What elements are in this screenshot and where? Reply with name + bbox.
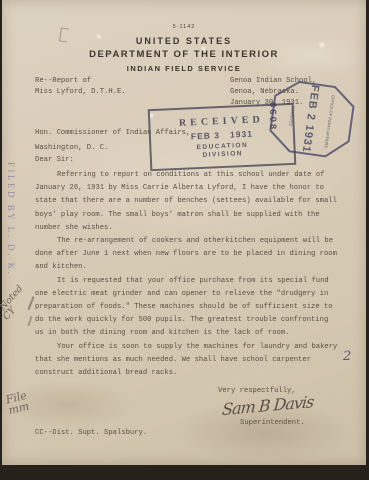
recipient-line-2: Washington, D. C. [35,141,190,156]
body-paragraph-2: The re-arrangement of cookers and otherk… [35,235,341,275]
file-annotation-initials: mm [7,400,30,416]
body-paragraph-3: It is requested that your office purchas… [35,275,341,341]
octagon-stamp-date: FEB 2 1931 [300,84,321,154]
reference-line-1: Re--Report of [35,76,126,87]
recipient-line-1: Hon. Commissioner of Indian Affairs, [35,126,190,141]
form-number: 5-1142 [2,24,366,30]
recipient-block: Hon. Commissioner of Indian Affairs, Was… [35,126,190,156]
scanned-letter-screenshot: { "page": { "form_number": "5-1142" }, "… [0,0,369,480]
received-stamp-division-2: DIVISION [202,150,243,159]
body-paragraph-1: Referring to report on conditions at thi… [35,169,341,235]
signer-title: Superintendent. [240,419,305,427]
salutation: Dear Sir: [35,156,74,164]
received-stamp-date: FEB 3 1931 [191,129,253,142]
document-page: 5-1142 UNITED STATES DEPARTMENT OF THE I… [2,0,366,465]
reference-block: Re--Report of Miss Lyford, D.T.H.E. [35,76,126,98]
filed-by-stamp: FILED BY L. D. K. [6,162,16,292]
body-paragraph-4: Your office is soon to supply the machin… [35,341,341,381]
letterhead-united-states: UNITED STATES [2,36,366,46]
pencil-mark [27,316,32,326]
noted-annotation: Noted CY [0,284,31,318]
letterhead-department: DEPARTMENT OF THE INTERIOR [2,49,366,60]
reference-line-2: Miss Lyford, D.T.H.E. [35,87,126,98]
file-annotation: File mm [5,390,31,416]
cc-line: CC--Dist. Supt. Spalsbury. [35,429,147,437]
received-stamp-title: RECEIVED [179,114,264,129]
page-number-annotation: 2 [343,349,351,364]
letter-body: Referring to report on conditions at thi… [35,169,341,380]
octagon-stamp-office-text: OFFICE OF INDIAN AFFAIRS [323,95,335,149]
letterhead-service: INDIAN FIELD SERVICE [2,64,366,73]
